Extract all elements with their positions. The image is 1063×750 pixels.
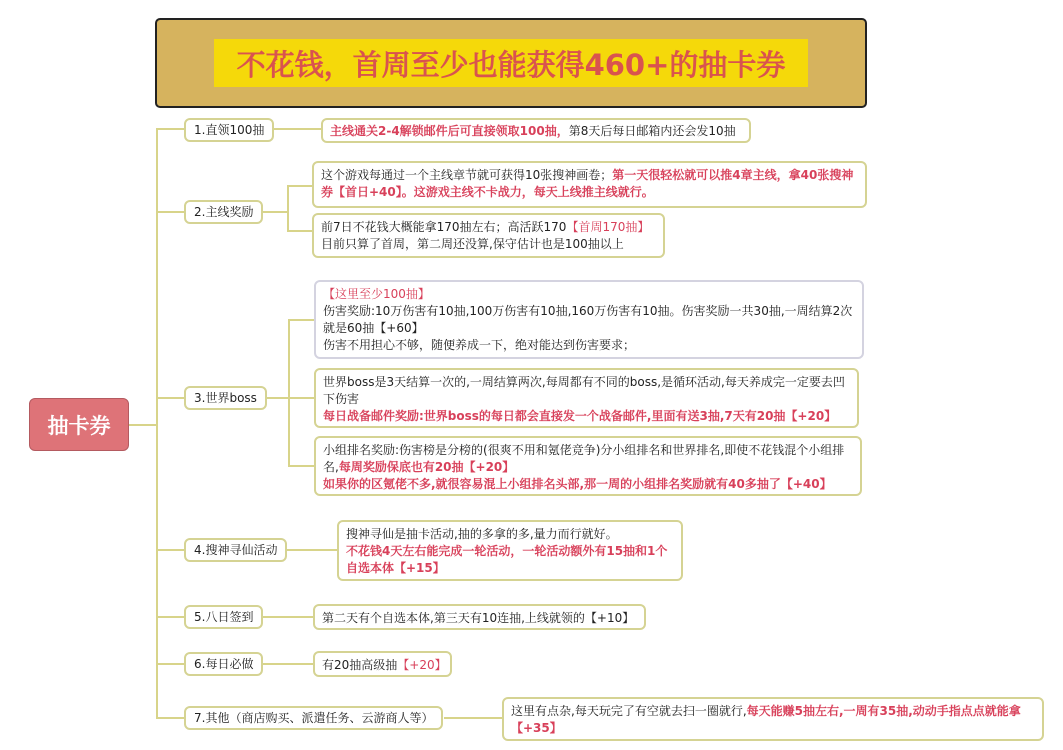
- branch-label: 1.直领100抽: [194, 122, 264, 138]
- leaf-connector-b2-2: [287, 230, 313, 232]
- leaf-fork-b3: [288, 319, 290, 466]
- leaf-connector-b3-2: [288, 397, 314, 399]
- branch-label: 7.其他（商店购买、派遣任务、云游商人等）: [194, 710, 433, 726]
- leaf-text: 第二天有个自选本体,第三天有10连抽,上线就领的【+10】: [322, 611, 634, 625]
- leaf-highlight: 每日战备邮件奖励:世界boss的每日都会直接发一个战备邮件,里面有送3抽,7天有…: [323, 409, 836, 423]
- branch-main-story[interactable]: 2.主线奖励: [184, 200, 263, 224]
- connector-b4: [156, 549, 186, 551]
- leaf-direct-100[interactable]: 主线通关2-4解锁邮件后可直接领取100抽，第8天后每日邮箱内还会发10抽: [321, 118, 751, 143]
- leaf-highlight: 主线通关2-4解锁邮件后可直接领取100抽，: [330, 124, 569, 138]
- branch-label: 2.主线奖励: [194, 204, 253, 220]
- leaf-text: 前7日不花钱大概能拿170抽左右；高活跃170: [321, 220, 566, 234]
- leaf-boss-ranking[interactable]: 小组排名奖励:伤害榜是分榜的(很爽不用和氪佬竞争)分小组排名和世界排名,即使不花…: [314, 436, 862, 496]
- root-label: 抽卡券: [48, 410, 111, 440]
- leaf-text: 有20抽高级抽: [322, 658, 397, 672]
- leaf-highlight: 如果你的区氪佬不多,就很容易混上小组排名头部,那一周的小组排名奖励就有40多抽了…: [323, 477, 832, 491]
- leaf-others[interactable]: 这里有点杂,每天玩完了有空就去扫一圈就行,每天能赚5抽左右,一周有35抽,动动手…: [502, 697, 1044, 741]
- leaf-main-story-week[interactable]: 前7日不花钱大概能拿170抽左右；高活跃170【首周170抽】 目前只算了首周，…: [312, 213, 665, 258]
- leaf-boss-cycle[interactable]: 世界boss是3天结算一次的,一周结算两次,每周都有不同的boss,是循环活动,…: [314, 368, 859, 428]
- leaf-text: 伤害不用担心不够，随便养成一下，绝对能达到伤害要求；: [323, 338, 635, 352]
- leaf-text: 目前只算了首周，第二周还没算,保守估计也是100抽以上: [321, 237, 624, 251]
- leaf-highlight: 【+20】: [397, 658, 446, 672]
- leaf-connector-b6: [259, 663, 314, 665]
- leaf-connector-b1: [266, 128, 322, 130]
- leaf-main-story-chapters[interactable]: 这个游戏每通过一个主线章节就可获得10张搜神画卷；第一天很轻松就可以推4章主线，…: [312, 161, 867, 208]
- branch-others[interactable]: 7.其他（商店购买、派遣任务、云游商人等）: [184, 706, 443, 730]
- branch-world-boss[interactable]: 3.世界boss: [184, 386, 267, 410]
- leaf-search-event[interactable]: 搜神寻仙是抽卡活动,抽的多拿的多,量力而行就好。 不花钱4天左右能完成一轮活动，…: [337, 520, 683, 581]
- leaf-highlight: 【首周170抽】: [566, 220, 649, 234]
- leaf-highlight: 【这里至少100抽】: [323, 287, 430, 301]
- leaf-highlight: 每周奖励保底也有20抽【+20】: [339, 460, 514, 474]
- main-trunk: [156, 128, 158, 717]
- title-highlight: 不花钱，首周至少也能获得460+的抽卡券: [214, 39, 808, 87]
- branch-label: 6.每日必做: [194, 656, 253, 672]
- branch-label: 5.八日签到: [194, 609, 253, 625]
- branch-label: 4.搜神寻仙活动: [194, 542, 277, 558]
- leaf-connector-b4: [279, 549, 337, 551]
- connector-b2: [156, 211, 186, 213]
- leaf-fork-b2: [287, 185, 289, 231]
- leaf-text: 世界boss是3天结算一次的,一周结算两次,每周都有不同的boss,是循环活动,…: [323, 375, 845, 406]
- title-banner: 不花钱，首周至少也能获得460+的抽卡券: [155, 18, 867, 108]
- branch-search-event[interactable]: 4.搜神寻仙活动: [184, 538, 287, 562]
- connector-b6: [156, 663, 186, 665]
- leaf-eight-day-signin[interactable]: 第二天有个自选本体,第三天有10连抽,上线就领的【+10】: [313, 604, 646, 630]
- leaf-connector-b7: [444, 717, 504, 719]
- leaf-highlight: 不花钱4天左右能完成一轮活动，一轮活动额外有15抽和1个自选本体【+15】: [346, 544, 667, 575]
- leaf-connector-b2-1: [287, 185, 313, 187]
- branch-eight-day-signin[interactable]: 5.八日签到: [184, 605, 263, 629]
- leaf-text: 搜神寻仙是抽卡活动,抽的多拿的多,量力而行就好。: [346, 527, 618, 541]
- root-connector: [129, 424, 158, 426]
- connector-b5: [156, 616, 186, 618]
- leaf-text: 第8天后每日邮箱内还会发10抽: [569, 124, 736, 138]
- leaf-connector-b3-3: [288, 465, 314, 467]
- title-text: 不花钱，首周至少也能获得460+的抽卡券: [237, 43, 786, 84]
- connector-b3: [156, 397, 186, 399]
- branch-daily-tasks[interactable]: 6.每日必做: [184, 652, 263, 676]
- leaf-text: 伤害奖励:10万伤害有10抽,100万伤害有10抽,160万伤害有10抽。伤害奖…: [323, 304, 852, 335]
- branch-label: 3.世界boss: [194, 390, 257, 406]
- root-node[interactable]: 抽卡券: [29, 398, 129, 451]
- leaf-connector-b3-1: [288, 319, 314, 321]
- branch-direct-100[interactable]: 1.直领100抽: [184, 118, 274, 142]
- connector-b1: [156, 128, 186, 130]
- connector-b7: [156, 717, 186, 719]
- leaf-daily-tasks[interactable]: 有20抽高级抽【+20】: [313, 651, 452, 677]
- leaf-text: 这里有点杂,每天玩完了有空就去扫一圈就行,: [511, 704, 747, 718]
- leaf-connector-b5: [259, 616, 314, 618]
- leaf-boss-damage[interactable]: 【这里至少100抽】 伤害奖励:10万伤害有10抽,100万伤害有10抽,160…: [314, 280, 864, 359]
- leaf-text: 这个游戏每通过一个主线章节就可获得10张搜神画卷；: [321, 168, 612, 182]
